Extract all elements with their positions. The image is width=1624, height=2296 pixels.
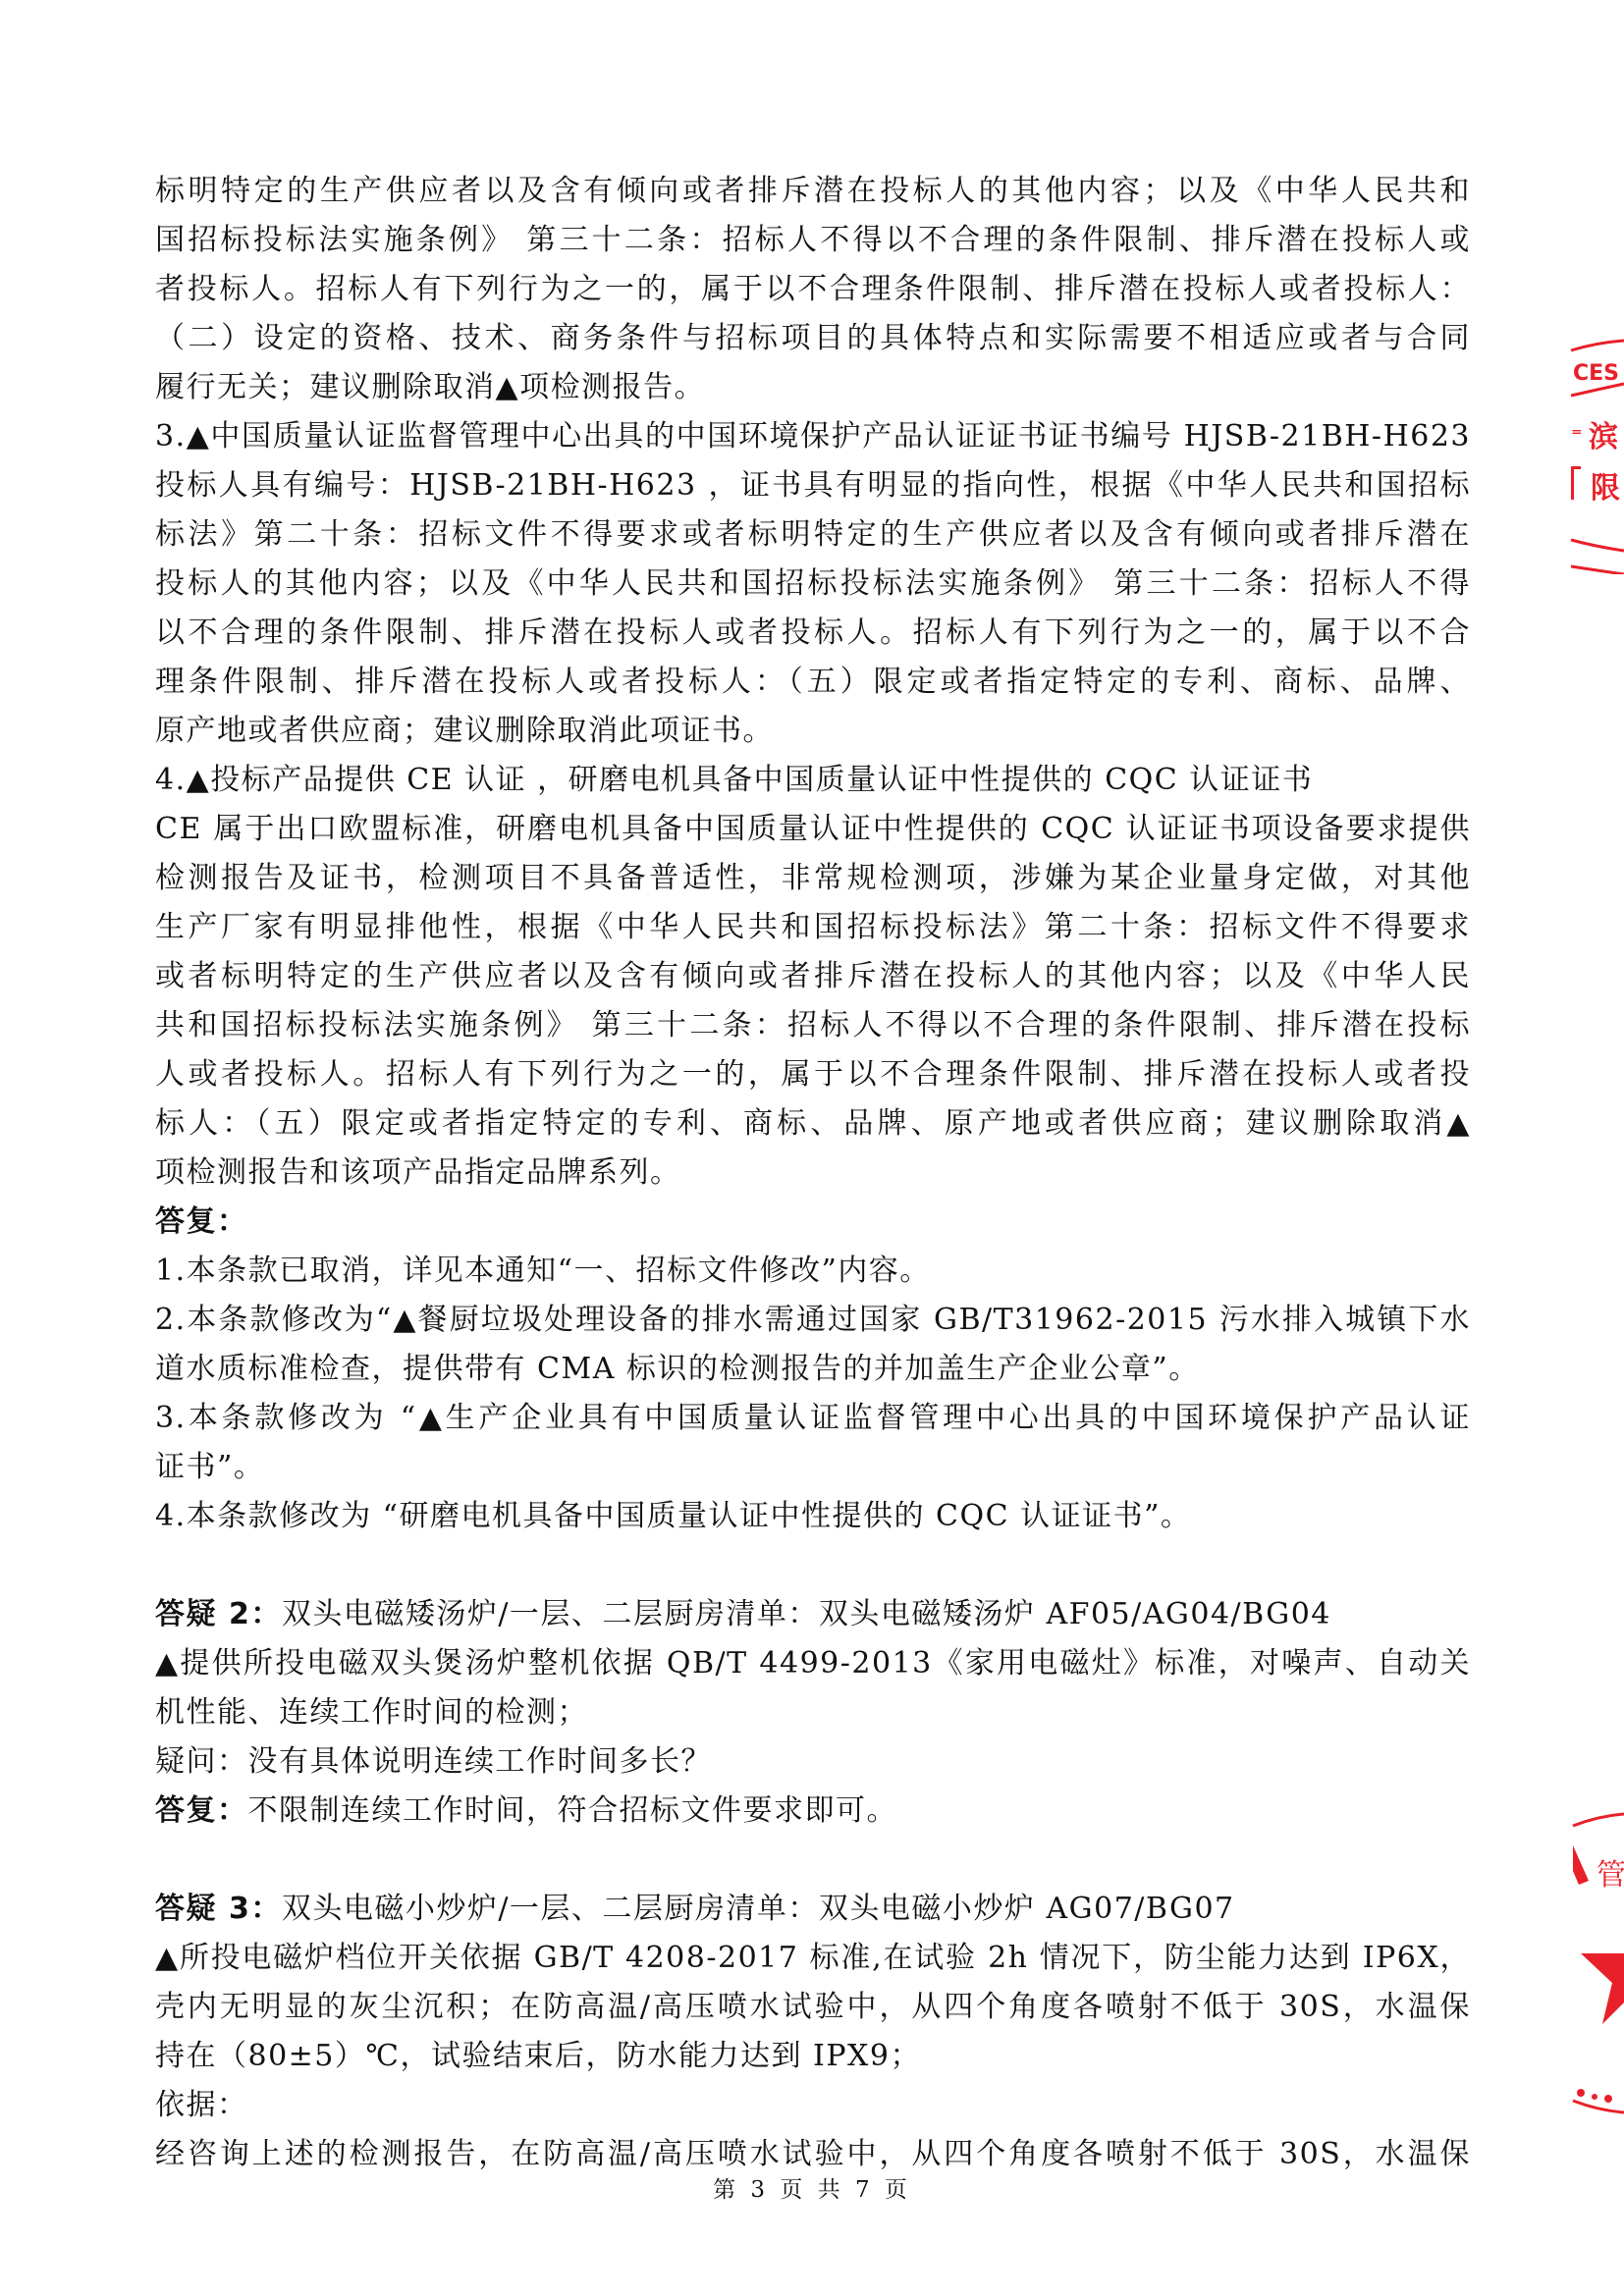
svg-text:限: 限 [1591, 471, 1620, 506]
body-line: 理条件限制、排斥潜在投标人或者投标人：（五）限定或者指定特定的专利、商标、品牌、 [155, 658, 1471, 707]
body-line: 履行无关；建议删除取消▲项检测报告。 [155, 363, 1471, 412]
objection-item-4-heading: 4.▲投标产品提供 CE 认证 ，研磨电机具备中国质量认证中性提供的 CQC 认… [155, 756, 1471, 805]
reply-item-3: 3.本条款修改为 “▲生产企业具有中国质量认证监督管理中心出具的中国环境保护产品… [155, 1394, 1471, 1443]
blank-line [155, 1541, 1471, 1590]
svg-text:⁼: ⁼ [1571, 424, 1583, 449]
body-line: 标人：（五）限定或者指定特定的专利、商标、品牌、原产地或者供应商；建议删除取消▲ [155, 1099, 1471, 1148]
body-line: 者投标人。招标人有下列行为之一的，属于以不合理条件限制、排斥潜在投标人或者投标人… [155, 265, 1471, 314]
body-line: （二）设定的资格、技术、商务条件与招标项目的具体特点和实际需要不相适应或者与合同 [155, 314, 1471, 363]
question-2-title: 双头电磁矮汤炉/一层、二层厨房清单：双头电磁矮汤炉 AF05/AG04/BG04 [282, 1597, 1331, 1631]
question-2-label: 答疑 2： [155, 1597, 282, 1631]
reply-label: 答复： [155, 1793, 248, 1828]
body-line: 投标人具有编号：HJSB-21BH-H623 ，证书具有明显的指向性，根据《中华… [155, 461, 1471, 510]
question-3-heading: 答疑 3：双头电磁小炒炉/一层、二层厨房清单：双头电磁小炒炉 AG07/BG07 [155, 1885, 1471, 1934]
svg-text:滨: 滨 [1589, 420, 1618, 454]
svg-text:管: 管 [1597, 1858, 1624, 1893]
seal-star-icon: 管 [1569, 1806, 1624, 2135]
reply-item-3-cont: 证书”。 [155, 1443, 1471, 1492]
body-line: 检测报告及证书，检测项目不具备普适性，非常规检测项，涉嫌为某企业量身定做，对其他 [155, 854, 1471, 903]
reply-item-1: 1.本条款已取消，详见本通知“一、招标文件修改”内容。 [155, 1247, 1471, 1296]
body-line: CE 属于出口欧盟标准，研磨电机具备中国质量认证中性提供的 CQC 认证证书项设… [155, 805, 1471, 854]
body-line: 原产地或者供应商；建议删除取消此项证书。 [155, 707, 1471, 756]
reply-item-2: 2.本条款修改为“▲餐厨垃圾处理设备的排水需通过国家 GB/T31962-201… [155, 1296, 1471, 1345]
objection-item-3-heading: 3.▲中国质量认证监督管理中心出具的中国环境保护产品认证证书证书编号 HJSB-… [155, 412, 1471, 461]
blank-line [155, 1836, 1471, 1885]
question-2-heading: 答疑 2：双头电磁矮汤炉/一层、二层厨房清单：双头电磁矮汤炉 AF05/AG04… [155, 1590, 1471, 1639]
body-line: 壳内无明显的灰尘沉积；在防高温/高压喷水试验中，从四个角度各喷射不低于 30S，… [155, 1983, 1471, 2032]
body-line: 标明特定的生产供应者以及含有倾向或者排斥潜在投标人的其他内容；以及《中华人民共和 [155, 167, 1471, 216]
body-line: 投标人的其他内容；以及《中华人民共和国招标投标法实施条例》 第三十二条：招标人不… [155, 560, 1471, 609]
reply-item-4: 4.本条款修改为 “研磨电机具备中国质量认证中性提供的 CQC 认证证书”。 [155, 1492, 1471, 1541]
body-line: 人或者投标人。招标人有下列行为之一的，属于以不合理条件限制、排斥潜在投标人或者投 [155, 1050, 1471, 1099]
document-body: 标明特定的生产供应者以及含有倾向或者排斥潜在投标人的其他内容；以及《中华人民共和… [155, 167, 1471, 2179]
question-2-reply: 答复：不限制连续工作时间，符合招标文件要求即可。 [155, 1787, 1471, 1836]
body-line: ▲所投电磁炉档位开关依据 GB/T 4208-2017 标准,在试验 2h 情况… [155, 1934, 1471, 1983]
question-3-label: 答疑 3： [155, 1892, 282, 1926]
seal-icon: CES 滨 限 ⁼ [1569, 339, 1624, 574]
reply-label: 答复： [155, 1204, 248, 1239]
reply-1-section: 答复： [155, 1198, 1471, 1247]
body-line: 国招标投标法实施条例》 第三十二条：招标人不得以不合理的条件限制、排斥潜在投标人… [155, 216, 1471, 265]
question-3-title: 双头电磁小炒炉/一层、二层厨房清单：双头电磁小炒炉 AG07/BG07 [282, 1892, 1235, 1926]
reply-item-2-cont: 道水质标准检查，提供带有 CMA 标识的检测报告的并加盖生产企业公章”。 [155, 1345, 1471, 1394]
body-line: 以不合理的条件限制、排斥潜在投标人或者投标人。招标人有下列行为之一的，属于以不合 [155, 609, 1471, 658]
page-number: 第 3 页 共 7 页 [0, 2171, 1624, 2204]
body-line: 或者标明特定的生产供应者以及含有倾向或者排斥潜在投标人的其他内容；以及《中华人民 [155, 952, 1471, 1001]
basis-label: 依据： [155, 2081, 1471, 2130]
red-seal-stamp: CES 滨 限 ⁼ [1569, 339, 1624, 574]
body-line: 生产厂家有明显排他性，根据《中华人民共和国招标投标法》第二十条：招标文件不得要求 [155, 903, 1471, 952]
svg-text:CES: CES [1573, 361, 1619, 386]
body-line: 项检测报告和该项产品指定品牌系列。 [155, 1148, 1471, 1198]
question-2-doubt: 疑问：没有具体说明连续工作时间多长？ [155, 1737, 1471, 1787]
body-line: ▲提供所投电磁双头煲汤炉整机依据 QB/T 4499-2013《家用电磁灶》标准… [155, 1639, 1471, 1688]
body-line: 机性能、连续工作时间的检测； [155, 1688, 1471, 1737]
document-page: 标明特定的生产供应者以及含有倾向或者排斥潜在投标人的其他内容；以及《中华人民共和… [0, 0, 1624, 2296]
reply-text: 不限制连续工作时间，符合招标文件要求即可。 [248, 1793, 898, 1828]
body-line: 共和国招标投标法实施条例》 第三十二条：招标人不得以不合理的条件限制、排斥潜在投… [155, 1001, 1471, 1050]
body-line: 持在（80±5）℃，试验结束后，防水能力达到 IPX9； [155, 2032, 1471, 2081]
red-seal-stamp: 管 [1569, 1806, 1624, 2135]
body-line: 标法》第二十条：招标文件不得要求或者标明特定的生产供应者以及含有倾向或者排斥潜在 [155, 510, 1471, 560]
